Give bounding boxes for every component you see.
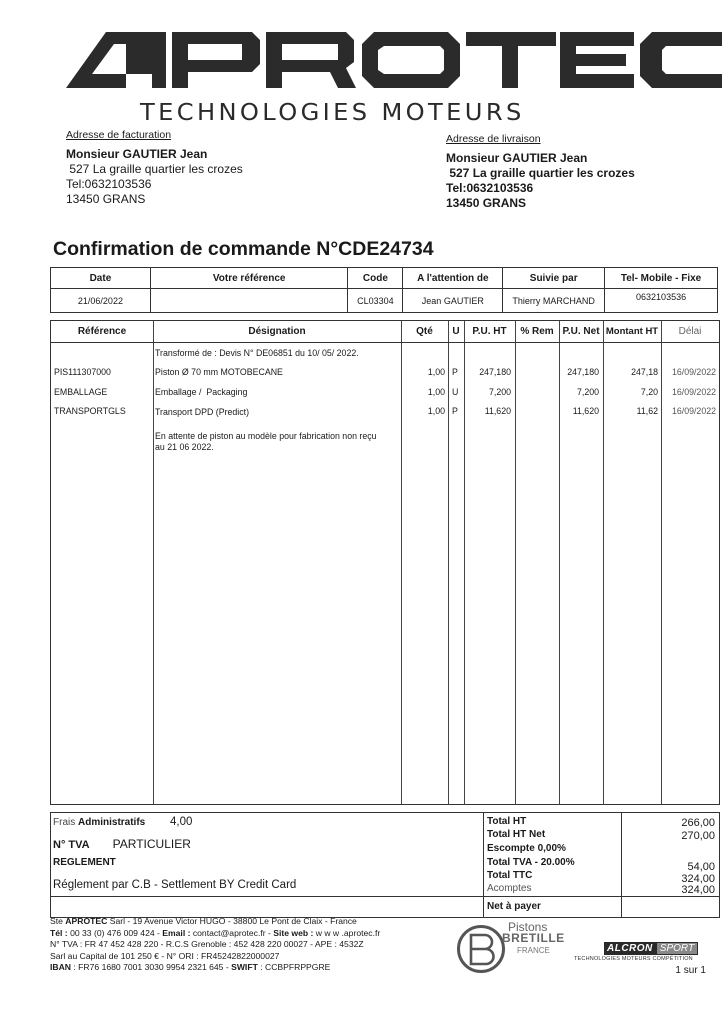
billing-name: Monsieur GAUTIER Jean (66, 147, 243, 162)
row-0-designation: Piston Ø 70 mm MOTOBECANE (155, 367, 283, 377)
shipping-street: 527 La graille quartier les crozes (446, 166, 635, 181)
footer-capital: Sarl au Capital de 101 250 € - N° ORI : … (50, 951, 380, 963)
order-info-header: Date Votre référence Code A l'attention … (51, 268, 718, 289)
row-1-montant: 7,20 (603, 387, 658, 397)
row-2-ref: TRANSPORTGLS (54, 406, 126, 416)
admin-fees: Frais Administratifs 4,00 (53, 816, 192, 828)
row-2-qty: 1,00 (401, 406, 445, 416)
row-0-delai: 16/09/2022 (661, 367, 716, 377)
row-0-pu-net: 247,180 (559, 367, 599, 377)
total-ht-value: 266,00 (681, 817, 715, 829)
alcron-sport-logo: ALCRONSPORT TECHNOLOGIES MOTEURS COMPÉTI… (574, 938, 693, 962)
row-1-pu-ht: 7,200 (464, 387, 511, 397)
billing-address-label: Adresse de facturation (66, 128, 243, 143)
row-0-montant: 247,18 (603, 367, 658, 377)
row-1-pu-net: 7,200 (559, 387, 599, 397)
col-designation: Désignation (153, 321, 401, 342)
note-transformed-from: Transformé de : Devis N° DE06851 du 10/ … (155, 348, 359, 358)
header-reference: Votre référence (150, 268, 348, 289)
deposits-label: Acomptes (487, 883, 531, 894)
row-2-delai: 16/09/2022 (661, 406, 716, 416)
col-reference: Référence (51, 321, 153, 342)
page-title: Confirmation de commande N°CDE24734 (53, 238, 434, 261)
header-followed-by: Suivie par (503, 268, 605, 289)
tagline: TECHNOLOGIES MOTEURS (140, 100, 525, 126)
row-2-designation: Transport DPD (Predict) (155, 407, 249, 417)
row-1-delai: 16/09/2022 (661, 387, 716, 397)
row-0-qty: 1,00 (401, 367, 445, 377)
row-1-designation: Emballage / Packaging (155, 387, 247, 397)
col-unit: U (448, 321, 464, 342)
payment-label: REGLEMENT (53, 857, 116, 868)
note-pending-1: En attente de piston au modèle pour fabr… (155, 431, 377, 441)
header-phone: Tel- Mobile - Fixe (605, 268, 718, 289)
row-0-unit: P (452, 367, 458, 377)
row-1-ref: EMBALLAGE (54, 387, 107, 397)
items-table: Référence Désignation Qté U P.U. HT % Re… (50, 320, 720, 805)
shipping-name: Monsieur GAUTIER Jean (446, 151, 635, 166)
vat-value: PARTICULIER (113, 837, 191, 851)
col-pu-net: P.U. Net (559, 321, 603, 342)
col-pu-ht: P.U. HT (464, 321, 515, 342)
total-ht-label: Total HT (487, 816, 526, 827)
total-tva-label: Total TVA - 20.00% (487, 857, 575, 868)
billing-address: Adresse de facturation Monsieur GAUTIER … (66, 128, 243, 207)
footer-address: Ste APROTEC Sarl - 19 Avenue Victor HUGO… (50, 916, 380, 928)
row-1-qty: 1,00 (401, 387, 445, 397)
order-date: 21/06/2022 (51, 289, 151, 313)
order-phone: 0632103536 (605, 289, 718, 313)
billing-tel: Tel:0632103536 (66, 177, 243, 192)
footer-bank: IBAN : FR76 1680 7001 3030 9954 2321 645… (50, 962, 380, 974)
order-info-table: Date Votre référence Code A l'attention … (50, 267, 718, 313)
vat-label: N° TVA (53, 839, 90, 851)
discount-label: Escompte 0,00% (487, 843, 566, 854)
bretille-country: FRANCE (517, 946, 550, 955)
total-tva-value: 54,00 (687, 861, 715, 873)
shipping-address-label: Adresse de livraison (446, 132, 635, 147)
alcron-sport: SPORT (656, 942, 698, 955)
alcron-name: ALCRON (604, 942, 656, 955)
order-code: CL03304 (348, 289, 403, 313)
total-ht-net-value: 270,00 (681, 830, 715, 842)
header-attention: A l'attention de (403, 268, 503, 289)
aprotec-logo (66, 30, 722, 90)
row-0-ref: PIS111307000 (54, 367, 111, 377)
billing-street: 527 La graille quartier les crozes (66, 162, 243, 177)
row-1-unit: U (452, 387, 458, 397)
bretille-b-icon (456, 924, 506, 974)
row-2-pu-ht: 11,620 (464, 406, 511, 416)
header-code: Code (348, 268, 403, 289)
col-delai: Délai (661, 321, 719, 342)
totals-box: Frais Administratifs 4,00 N° TVA PARTICU… (50, 812, 720, 918)
admin-fees-label-2: Administratifs (78, 817, 145, 828)
footer-registration: N° TVA : FR 47 452 428 220 - R.C.S Greno… (50, 939, 380, 951)
order-attention: Jean GAUTIER (403, 289, 503, 313)
row-0-pu-ht: 247,180 (464, 367, 511, 377)
alcron-tagline: TECHNOLOGIES MOTEURS COMPÉTITION (574, 956, 693, 962)
bretille-name: BRETILLE (502, 931, 565, 945)
billing-city: 13450 GRANS (66, 192, 243, 207)
vat-number: N° TVA PARTICULIER (53, 837, 191, 851)
payment-method: Réglement par C.B - Settlement BY Credit… (53, 879, 296, 891)
header-date: Date (51, 268, 151, 289)
page-number: 1 sur 1 (675, 965, 706, 976)
admin-fees-value: 4,00 (170, 816, 192, 828)
shipping-city: 13450 GRANS (446, 196, 635, 211)
order-your-reference (150, 289, 348, 313)
col-rem: % Rem (515, 321, 559, 342)
bretille-logo: Pistons BRETILLE FRANCE (456, 922, 566, 980)
order-followed-by: Thierry MARCHAND (503, 289, 605, 313)
footer-contact: Tél : 00 33 (0) 476 009 424 - Email : co… (50, 928, 380, 940)
total-ht-net-label: Total HT Net (487, 829, 545, 840)
net-to-pay-label: Net à payer (487, 901, 541, 912)
company-footer: Ste APROTEC Sarl - 19 Avenue Victor HUGO… (50, 916, 380, 974)
col-montant: Montant HT (603, 321, 661, 342)
order-info-values: 21/06/2022 CL03304 Jean GAUTIER Thierry … (51, 289, 718, 313)
shipping-tel: Tel:0632103536 (446, 181, 635, 196)
total-ttc-label: Total TTC (487, 870, 532, 881)
admin-fees-label-1: Frais (53, 817, 78, 828)
row-2-montant: 11,62 (603, 406, 658, 416)
row-2-pu-net: 11,620 (559, 406, 599, 416)
shipping-address: Adresse de livraison Monsieur GAUTIER Je… (446, 132, 635, 211)
note-pending-2: au 21 06 2022. (155, 442, 214, 452)
deposits-value: 324,00 (681, 884, 715, 896)
col-qty: Qté (401, 321, 448, 342)
row-2-unit: P (452, 406, 458, 416)
